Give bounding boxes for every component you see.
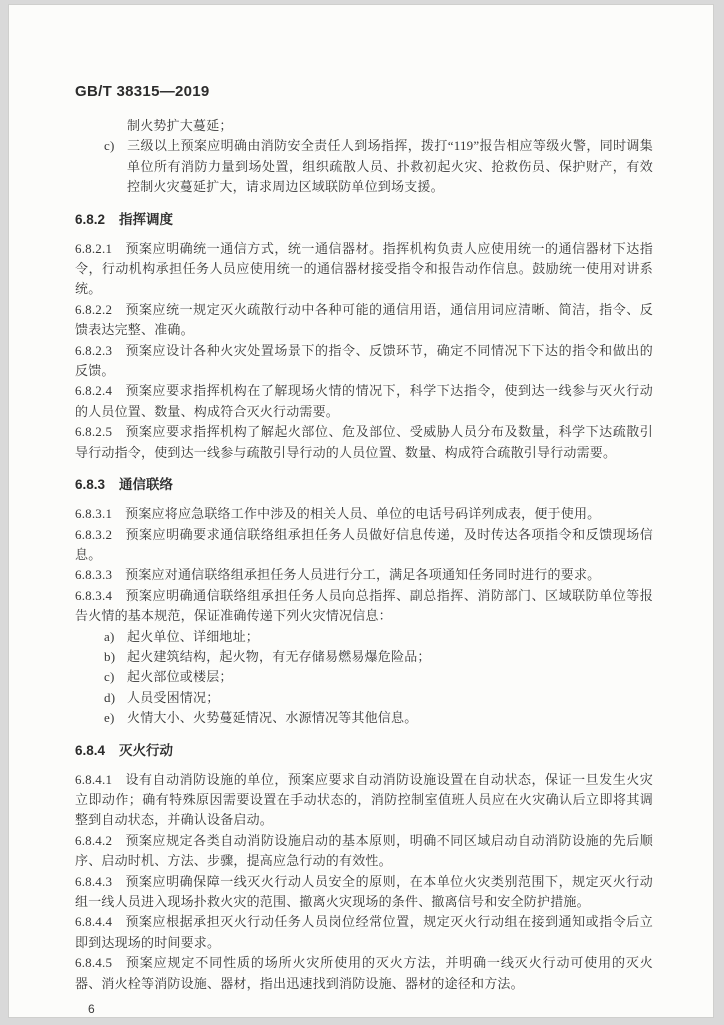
paragraph-number: 6.8.2.2 (75, 302, 112, 317)
paragraph-text: 预案应统一规定灭火疏散行动中各种可能的通信用语，通信用词应清晰、简洁，指令、反馈… (75, 302, 653, 337)
paragraph-6-8-2-3: 6.8.2.3预案应设计各种火灾处置场景下的指令、反馈环节，确定不同情况下下达的… (75, 341, 653, 382)
paragraph-text: 预案应要求指挥机构了解起火部位、危及部位、受威胁人员分布及数量，科学下达疏散引导… (75, 424, 653, 459)
paragraph-text: 预案应规定各类自动消防设施启动的基本原则，明确不同区域启动自动消防设施的先后顺序… (75, 833, 653, 868)
section-6-8-2-body: 6.8.2.1预案应明确统一通信方式，统一通信器材。指挥机构负责人应使用统一的通… (75, 239, 653, 463)
section-number: 6.8.2 (75, 212, 105, 227)
list-marker: a) (104, 627, 127, 647)
paragraph-6-8-3-2: 6.8.3.2预案应明确要求通信联络组承担任务人员做好信息传递，及时传达各项指令… (75, 525, 653, 566)
list-marker: b) (104, 647, 127, 667)
paragraph-text: 预案应明确要求通信联络组承担任务人员做好信息传递，及时传达各项指令和反馈现场信息… (75, 527, 653, 562)
list-marker: d) (104, 688, 127, 708)
list-marker: e) (104, 708, 127, 728)
list-item-text: 火情大小、火势蔓延情况、水源情况等其他信息。 (127, 710, 417, 725)
section-title: 通信联络 (119, 477, 173, 492)
paragraph-text: 预案应将应急联络工作中涉及的相关人员、单位的电话号码详列成表，便于使用。 (125, 506, 600, 521)
list-item-text: 起火建筑结构，起火物，有无存储易燃易爆危险品； (127, 649, 431, 664)
fire-info-list-item-e: e)火情大小、火势蔓延情况、水源情况等其他信息。 (75, 708, 653, 728)
paragraph-number: 6.8.4.2 (75, 833, 112, 848)
paragraph-text: 预案应根据承担灭火行动任务人员岗位经常位置，规定灭火行动组在接到通知或指令后立即… (75, 914, 653, 949)
paragraph-number: 6.8.3.3 (75, 567, 112, 582)
fire-info-list-item-a: a)起火单位、详细地址； (75, 627, 653, 647)
paragraph-6-8-2-4: 6.8.2.4预案应要求指挥机构在了解现场火情的情况下，科学下达指令，使到达一线… (75, 381, 653, 422)
paragraph-6-8-4-5: 6.8.4.5预案应规定不同性质的场所火灾所使用的灭火方法，并明确一线灭火行动可… (75, 953, 653, 994)
fire-info-list-item-c: c)起火部位或楼层； (75, 667, 653, 687)
continued-line: 制火势扩大蔓延； (75, 116, 653, 136)
paragraph-text: 设有自动消防设施的单位，预案应要求自动消防设施设置在自动状态，保证一旦发生火灾立… (75, 772, 653, 828)
paragraph-6-8-2-5: 6.8.2.5预案应要求指挥机构了解起火部位、危及部位、受威胁人员分布及数量，科… (75, 422, 653, 463)
paragraph-number: 6.8.4.3 (75, 874, 112, 889)
paragraph-text: 预案应明确通信联络组承担任务人员向总指挥、副总指挥、消防部门、区域联防单位等报告… (75, 588, 653, 623)
list-item-text: 三级以上预案应明确由消防安全责任人到场指挥，拨打“119”报告相应等级火警，同时… (127, 138, 653, 194)
paragraph-number: 6.8.2.4 (75, 383, 112, 398)
paragraph-text: 预案应设计各种火灾处置场景下的指令、反馈环节，确定不同情况下下达的指令和做出的反… (75, 343, 653, 378)
paragraph-6-8-2-2: 6.8.2.2预案应统一规定灭火疏散行动中各种可能的通信用语，通信用词应清晰、简… (75, 300, 653, 341)
paragraph-6-8-4-4: 6.8.4.4预案应根据承担灭火行动任务人员岗位经常位置，规定灭火行动组在接到通… (75, 912, 653, 953)
paragraph-number: 6.8.4.5 (75, 955, 112, 970)
paragraph-number: 6.8.2.5 (75, 424, 112, 439)
paragraph-number: 6.8.3.2 (75, 527, 112, 542)
page-content: GB/T 38315—2019 制火势扩大蔓延； c)三级以上预案应明确由消防安… (9, 5, 713, 1016)
list-item-text: 起火单位、详细地址； (127, 629, 259, 644)
section-title: 灭火行动 (119, 743, 173, 758)
paragraph-number: 6.8.2.3 (75, 343, 112, 358)
section-heading-6-8-4: 6.8.4灭火行动 (75, 741, 653, 761)
section-number: 6.8.4 (75, 743, 105, 758)
scan-background: GB/T 38315—2019 制火势扩大蔓延； c)三级以上预案应明确由消防安… (0, 0, 724, 1025)
page-number: 6 (88, 1002, 653, 1016)
section-6-8-4-body: 6.8.4.1设有自动消防设施的单位，预案应要求自动消防设施设置在自动状态，保证… (75, 770, 653, 994)
list-marker: c) (104, 667, 127, 687)
paragraph-number: 6.8.4.4 (75, 914, 112, 929)
paragraph-number: 6.8.2.1 (75, 241, 112, 256)
paragraph-text: 预案应规定不同性质的场所火灾所使用的灭火方法，并明确一线灭火行动可使用的灭火器、… (75, 955, 653, 990)
fire-info-list-item-d: d)人员受困情况； (75, 688, 653, 708)
paragraph-text: 预案应对通信联络组承担任务人员进行分工，满足各项通知任务同时进行的要求。 (125, 567, 600, 582)
paragraph-number: 6.8.4.1 (75, 772, 112, 787)
section-heading-6-8-3: 6.8.3通信联络 (75, 475, 653, 495)
paragraph-6-8-4-2: 6.8.4.2预案应规定各类自动消防设施启动的基本原则，明确不同区域启动自动消防… (75, 831, 653, 872)
paragraph-number: 6.8.3.1 (75, 506, 112, 521)
paragraph-6-8-4-1: 6.8.4.1设有自动消防设施的单位，预案应要求自动消防设施设置在自动状态，保证… (75, 770, 653, 831)
paragraph-number: 6.8.3.4 (75, 588, 112, 603)
list-item-c-intro: c)三级以上预案应明确由消防安全责任人到场指挥，拨打“119”报告相应等级火警，… (75, 136, 653, 197)
paragraph-text: 预案应明确统一通信方式，统一通信器材。指挥机构负责人应使用统一的通信器材下达指令… (75, 241, 653, 297)
paragraph-6-8-3-4: 6.8.3.4预案应明确通信联络组承担任务人员向总指挥、副总指挥、消防部门、区域… (75, 586, 653, 627)
section-number: 6.8.3 (75, 477, 105, 492)
standard-number-header: GB/T 38315—2019 (75, 83, 653, 100)
list-item-text: 人员受困情况； (127, 690, 219, 705)
list-marker: c) (104, 136, 127, 156)
section-heading-6-8-2: 6.8.2指挥调度 (75, 210, 653, 230)
intro-block: 制火势扩大蔓延； c)三级以上预案应明确由消防安全责任人到场指挥，拨打“119”… (75, 116, 653, 198)
document-page: GB/T 38315—2019 制火势扩大蔓延； c)三级以上预案应明确由消防安… (8, 4, 714, 1018)
paragraph-6-8-4-3: 6.8.4.3预案应明确保障一线灭火行动人员安全的原则，在本单位火灾类别范围下，… (75, 872, 653, 913)
list-item-text: 起火部位或楼层； (127, 669, 233, 684)
section-title: 指挥调度 (119, 212, 173, 227)
paragraph-6-8-3-1: 6.8.3.1预案应将应急联络工作中涉及的相关人员、单位的电话号码详列成表，便于… (75, 504, 653, 524)
paragraph-text: 预案应要求指挥机构在了解现场火情的情况下，科学下达指令，使到达一线参与灭火行动的… (75, 383, 653, 418)
section-6-8-3-body: 6.8.3.1预案应将应急联络工作中涉及的相关人员、单位的电话号码详列成表，便于… (75, 504, 653, 728)
paragraph-6-8-3-3: 6.8.3.3预案应对通信联络组承担任务人员进行分工，满足各项通知任务同时进行的… (75, 565, 653, 585)
paragraph-6-8-2-1: 6.8.2.1预案应明确统一通信方式，统一通信器材。指挥机构负责人应使用统一的通… (75, 239, 653, 300)
fire-info-list-item-b: b)起火建筑结构，起火物，有无存储易燃易爆危险品； (75, 647, 653, 667)
paragraph-text: 预案应明确保障一线灭火行动人员安全的原则，在本单位火灾类别范围下，规定灭火行动组… (75, 874, 653, 909)
